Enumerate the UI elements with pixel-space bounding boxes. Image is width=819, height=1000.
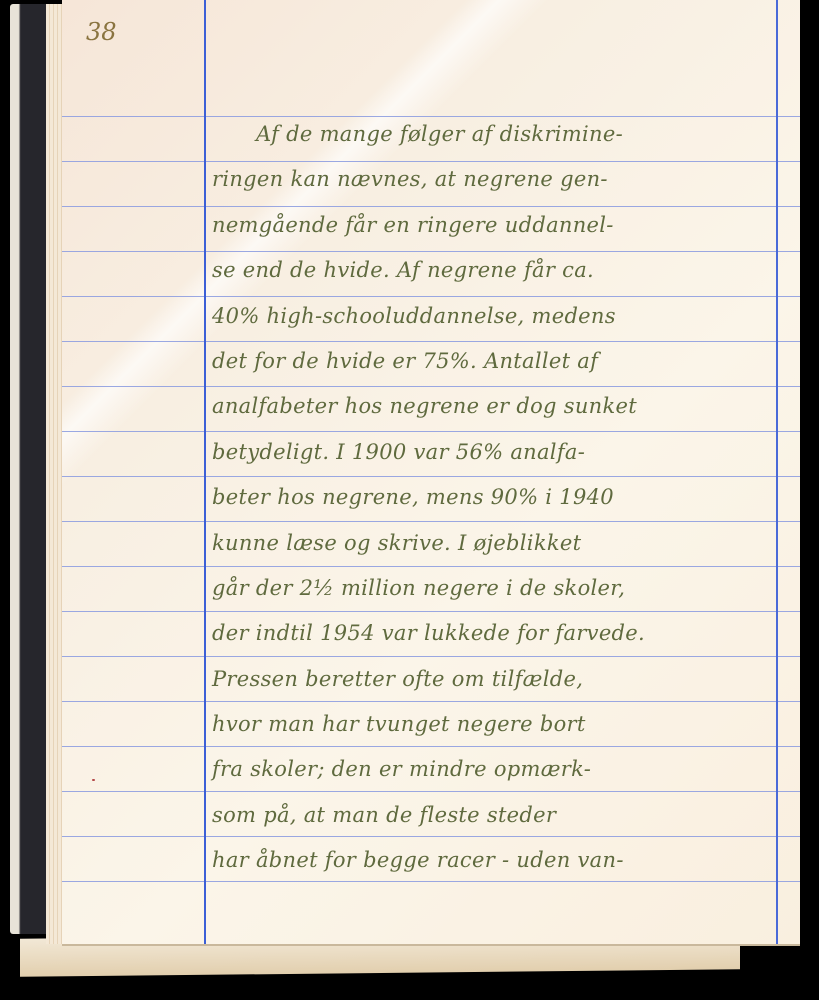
text-line: ringen kan nævnes, at negrene gen- [212, 157, 782, 202]
ink-speck [92, 779, 95, 781]
page-number: 38 [86, 18, 117, 46]
notebook-page: 38 Af de mange følger af diskrimine- rin… [62, 0, 800, 944]
text-line: Af de mange følger af diskrimine- [212, 112, 782, 157]
text-line: 40% high-schooluddannelse, medens [212, 294, 782, 339]
text-line: se end de hvide. Af negrene får ca. [212, 248, 782, 293]
text-line: analfabeter hos negrene er dog sunket [212, 384, 782, 429]
text-line: betydeligt. I 1900 var 56% analfa- [212, 430, 782, 475]
text-line: der indtil 1954 var lukkede for farvede. [212, 611, 782, 656]
background-edge [800, 0, 819, 950]
text-line: som på, at man de fleste steder [212, 793, 782, 838]
text-line: beter hos negrene, mens 90% i 1940 [212, 475, 782, 520]
text-line: har åbnet for begge racer - uden van- [212, 838, 782, 883]
text-line: fra skoler; den er mindre opmærk- [212, 747, 782, 792]
left-margin-line [204, 0, 206, 944]
text-line: nemgående får en ringere uddannel- [212, 203, 782, 248]
text-line: går der 2½ million negere i de skoler, [212, 566, 782, 611]
text-line: kunne læse og skrive. I øjeblikket [212, 521, 782, 566]
handwritten-text-block: Af de mange følger af diskrimine- ringen… [212, 126, 782, 898]
text-line: hvor man har tvunget negere bort [212, 702, 782, 747]
text-line: Pressen beretter ofte om tilfælde, [212, 657, 782, 702]
text-line: det for de hvide er 75%. Antallet af [212, 339, 782, 384]
